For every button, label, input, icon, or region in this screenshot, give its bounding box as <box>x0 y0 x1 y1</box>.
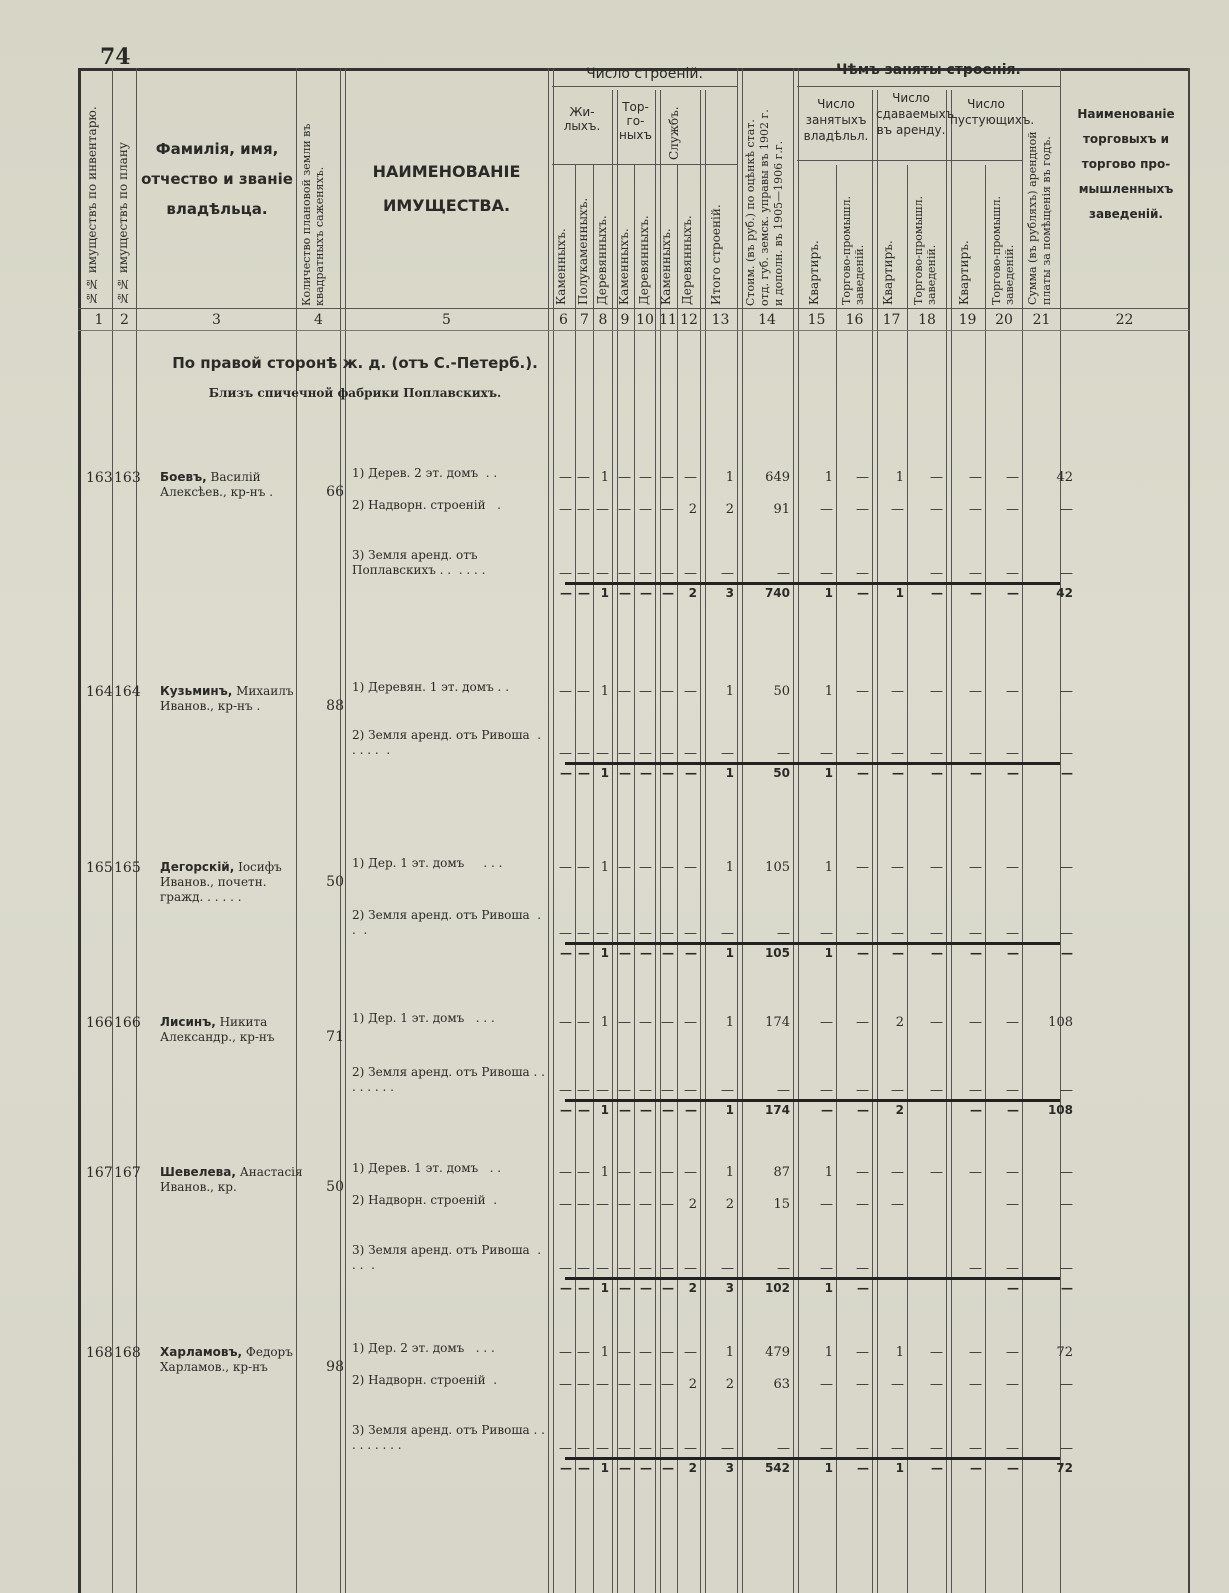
header-c9: Каменныхъ. <box>618 170 631 305</box>
value-cell: — <box>656 502 674 517</box>
left-border <box>78 68 81 1593</box>
value-cell: — <box>986 1377 1019 1392</box>
value-cell: 63 <box>738 1377 790 1392</box>
value-cell: — <box>552 1197 572 1212</box>
value-cell: — <box>908 1345 943 1360</box>
total-cell: — <box>656 586 674 600</box>
value-cell: 1 <box>701 1345 734 1360</box>
total-cell: 740 <box>738 586 790 600</box>
total-cell: 1 <box>594 1281 609 1295</box>
value-cell: — <box>837 746 869 761</box>
value-cell: — <box>873 746 904 761</box>
value-cell: — <box>594 1441 609 1456</box>
header-line: заведеній. <box>1003 245 1016 305</box>
col-rule <box>1060 68 1061 1593</box>
value-cell: — <box>794 1197 833 1212</box>
value-cell: — <box>986 1441 1019 1456</box>
total-cell: — <box>552 1103 572 1117</box>
total-cell: — <box>986 946 1019 960</box>
header-vacant: Число пустующихъ. <box>950 96 1022 128</box>
value-cell: — <box>794 1261 833 1276</box>
value-cell: — <box>738 1083 790 1098</box>
value-cell: — <box>986 502 1019 517</box>
total-cell: — <box>552 946 572 960</box>
header-c10: Деревянныхъ. <box>638 170 651 305</box>
value-cell: — <box>837 1165 869 1180</box>
value-cell: — <box>613 684 631 699</box>
column-number: 19 <box>950 312 985 328</box>
column-number: 1 <box>86 312 112 328</box>
group-rule <box>797 160 1022 161</box>
value-cell: — <box>635 1441 652 1456</box>
owner-surname: Шевелева, <box>160 1165 236 1179</box>
total-cell: — <box>576 946 590 960</box>
value-cell: — <box>678 1083 697 1098</box>
value-cell: — <box>837 1261 869 1276</box>
value-cell: — <box>576 1261 590 1276</box>
plan-number: 167 <box>114 1165 141 1181</box>
value-cell: — <box>908 746 943 761</box>
value-cell: — <box>656 926 674 941</box>
total-cell: — <box>635 1461 652 1475</box>
inventory-number: 168 <box>86 1345 113 1361</box>
value-cell: — <box>552 1083 572 1098</box>
land-area: 71 <box>318 1029 344 1045</box>
property-item: 3) Земля аренд. отъ Поплавскихъ . . . . … <box>352 548 547 578</box>
column-number: 3 <box>137 312 296 328</box>
value-cell: — <box>947 1083 982 1098</box>
total-cell: — <box>1023 946 1073 960</box>
total-cell: — <box>837 1103 869 1117</box>
total-cell: — <box>947 1103 982 1117</box>
value-cell: — <box>873 926 904 941</box>
value-cell: — <box>656 684 674 699</box>
value-cell: — <box>656 1441 674 1456</box>
value-cell: — <box>837 1377 869 1392</box>
value-cell: — <box>794 926 833 941</box>
value-cell: — <box>947 1261 982 1276</box>
value-cell: 1 <box>594 684 609 699</box>
column-number: 6 <box>552 312 575 328</box>
inventory-number: 163 <box>86 470 113 486</box>
value-cell: — <box>656 1015 674 1030</box>
column-number: 15 <box>797 312 836 328</box>
value-cell: — <box>656 566 674 581</box>
total-cell: — <box>576 1461 590 1475</box>
property-item: 2) Надворн. строеній . <box>352 1193 547 1208</box>
total-cell: 2 <box>873 1103 904 1117</box>
value-cell: — <box>678 684 697 699</box>
total-cell: — <box>576 1103 590 1117</box>
land-area: 88 <box>318 698 344 714</box>
value-cell: — <box>908 566 943 581</box>
value-cell: — <box>552 684 572 699</box>
value-cell: — <box>552 1377 572 1392</box>
value-cell: — <box>738 566 790 581</box>
value-cell: — <box>656 470 674 485</box>
value-cell: — <box>837 566 869 581</box>
value-cell: — <box>1023 566 1073 581</box>
value-cell: — <box>873 684 904 699</box>
value-cell: — <box>986 1197 1019 1212</box>
total-rule <box>565 582 1060 585</box>
value-cell: 1 <box>794 860 833 875</box>
total-cell: — <box>678 1103 697 1117</box>
value-cell: — <box>701 926 734 941</box>
total-cell: — <box>873 766 904 780</box>
value-cell: 15 <box>738 1197 790 1212</box>
total-cell: — <box>552 766 572 780</box>
total-cell: — <box>576 586 590 600</box>
value-cell: — <box>908 860 943 875</box>
header-c18: Торгово-промышл.заведеній. <box>912 165 938 305</box>
land-area: 50 <box>318 874 344 890</box>
value-cell: — <box>986 746 1019 761</box>
value-cell: — <box>794 566 833 581</box>
value-cell: — <box>908 926 943 941</box>
value-cell: — <box>635 926 652 941</box>
value-cell: — <box>576 1197 590 1212</box>
total-cell: — <box>837 766 869 780</box>
header-service: Службъ. <box>668 92 681 160</box>
inventory-number: 166 <box>86 1015 113 1031</box>
value-cell: 1 <box>594 1345 609 1360</box>
total-cell: — <box>837 946 869 960</box>
col-rule <box>737 68 743 1593</box>
total-cell: — <box>656 946 674 960</box>
header-line: Торгово-промышл. <box>912 196 925 305</box>
header-col3: Фамилія, имя, отчество и званіе владѣльц… <box>138 134 296 224</box>
value-cell: — <box>947 1345 982 1360</box>
total-cell: — <box>576 766 590 780</box>
value-cell: — <box>576 684 590 699</box>
value-cell: — <box>837 1441 869 1456</box>
property-item: 2) Земля аренд. отъ Ривоша . . . <box>352 908 547 938</box>
value-cell: — <box>837 470 869 485</box>
total-cell: 1 <box>594 946 609 960</box>
value-cell: — <box>656 1165 674 1180</box>
value-cell: — <box>678 1015 697 1030</box>
owner-name: Кузьминъ, Михаилъ Иванов., кр-нъ . <box>160 684 310 714</box>
header-line: Наименованіе <box>1064 102 1188 127</box>
ledger-page: 74 №№ имуществъ по инвентарю. №№ имущест… <box>0 0 1229 1593</box>
value-cell: — <box>635 1197 652 1212</box>
total-cell: 42 <box>1023 586 1073 600</box>
total-cell: — <box>552 1281 572 1295</box>
total-cell: — <box>635 1103 652 1117</box>
total-cell: 72 <box>1023 1461 1073 1475</box>
value-cell: — <box>947 926 982 941</box>
header-line: Торгово-промышл. <box>990 196 1003 305</box>
header-c6: Каменныхъ. <box>555 170 568 305</box>
total-cell: 174 <box>738 1103 790 1117</box>
column-number: 2 <box>113 312 136 328</box>
total-cell: 542 <box>738 1461 790 1475</box>
plan-number: 166 <box>114 1015 141 1031</box>
section-title: По правой сторонѣ ж. д. (отъ С.-Петерб.)… <box>160 354 550 372</box>
value-cell: — <box>738 1441 790 1456</box>
value-cell: — <box>656 1345 674 1360</box>
value-cell: — <box>594 1377 609 1392</box>
header-line: заведеній. <box>1064 202 1188 227</box>
plan-number: 163 <box>114 470 141 486</box>
value-cell: — <box>594 746 609 761</box>
property-item: 2) Земля аренд. отъ Ривоша . . . . . . <box>352 728 547 758</box>
total-cell: — <box>613 1103 631 1117</box>
value-cell: — <box>873 860 904 875</box>
column-number: 18 <box>908 312 946 328</box>
total-cell: — <box>947 946 982 960</box>
land-area: 66 <box>318 484 344 500</box>
value-cell: — <box>678 926 697 941</box>
header-line: ИМУЩЕСТВА. <box>345 189 548 223</box>
value-cell: 1 <box>701 860 734 875</box>
value-cell: — <box>576 566 590 581</box>
total-cell: 3 <box>701 586 734 600</box>
header-line: Сумма (въ рубляхъ) арендной <box>1026 131 1039 305</box>
value-cell: — <box>552 502 572 517</box>
property-item: 3) Земля аренд. отъ Ривоша . . . . . . .… <box>352 1423 547 1453</box>
value-cell: — <box>701 1083 734 1098</box>
value-cell: — <box>552 746 572 761</box>
value-cell: — <box>552 926 572 941</box>
value-cell: 87 <box>738 1165 790 1180</box>
land-area: 50 <box>318 1179 344 1195</box>
header-bottom-rule <box>78 308 1190 309</box>
total-cell: — <box>552 586 572 600</box>
total-cell: — <box>656 766 674 780</box>
value-cell: 91 <box>738 502 790 517</box>
column-number: 8 <box>594 312 612 328</box>
total-cell: — <box>873 946 904 960</box>
owner-surname: Харламовъ, <box>160 1345 242 1359</box>
total-cell: — <box>986 1281 1019 1295</box>
value-cell: — <box>794 1015 833 1030</box>
header-col22: Наименованіе торговыхъ и торгово про- мы… <box>1064 102 1188 227</box>
value-cell: — <box>656 1083 674 1098</box>
value-cell: — <box>873 502 904 517</box>
value-cell: 50 <box>738 684 790 699</box>
value-cell: — <box>837 1083 869 1098</box>
value-cell: 649 <box>738 470 790 485</box>
header-line: Количество плановой земли въ <box>300 124 313 306</box>
owner-surname: Кузьминъ, <box>160 684 232 698</box>
value-cell: — <box>613 1377 631 1392</box>
total-rule <box>565 942 1060 945</box>
value-cell: — <box>837 1015 869 1030</box>
value-cell: 42 <box>1023 470 1073 485</box>
value-cell: — <box>1023 1261 1073 1276</box>
value-cell: — <box>908 1377 943 1392</box>
value-cell: 1 <box>701 1165 734 1180</box>
value-cell: 2 <box>701 1377 734 1392</box>
header-line: Торгово-промышл. <box>840 196 853 305</box>
value-cell: — <box>635 1345 652 1360</box>
total-cell: 1 <box>701 946 734 960</box>
property-item: 1) Дерев. 2 эт. домъ . . <box>352 466 547 481</box>
column-number: 10 <box>635 312 655 328</box>
value-cell: — <box>986 684 1019 699</box>
value-cell: — <box>656 1377 674 1392</box>
group-rule <box>797 86 1060 87</box>
value-cell: — <box>594 566 609 581</box>
value-cell: 2 <box>678 502 697 517</box>
value-cell: — <box>552 470 572 485</box>
value-cell: — <box>635 1261 652 1276</box>
owner-name: Шевелева, Анастасія Иванов., кр. <box>160 1165 310 1195</box>
owner-name: Боевъ, Василій Алексѣев., кр-нъ . <box>160 470 310 500</box>
value-cell: 2 <box>678 1197 697 1212</box>
total-cell: — <box>635 1281 652 1295</box>
header-c21: Сумма (въ рубляхъ) аренднойплаты за помѣ… <box>1026 80 1054 305</box>
value-cell: — <box>678 1165 697 1180</box>
total-cell: 3 <box>701 1281 734 1295</box>
value-cell: — <box>1023 926 1073 941</box>
header-line: Стоим. (въ руб.) по оцѣнкѣ стат. <box>744 119 757 306</box>
value-cell: — <box>635 746 652 761</box>
total-rule <box>565 762 1060 765</box>
total-cell: — <box>1023 1281 1073 1295</box>
value-cell: — <box>701 1441 734 1456</box>
total-cell: — <box>1023 766 1073 780</box>
value-cell: — <box>656 1261 674 1276</box>
value-cell: — <box>678 746 697 761</box>
value-cell: — <box>873 1083 904 1098</box>
value-cell: — <box>576 1083 590 1098</box>
value-cell: — <box>837 926 869 941</box>
value-cell: — <box>1023 1197 1073 1212</box>
value-cell: — <box>552 566 572 581</box>
header-c14: Стоим. (въ руб.) по оцѣнкѣ стат.отд. губ… <box>744 72 786 306</box>
group-rule <box>552 164 737 165</box>
header-line: платы за помѣщенія въ годъ. <box>1040 136 1053 305</box>
value-cell: — <box>576 1377 590 1392</box>
total-cell: 1 <box>594 766 609 780</box>
value-cell: — <box>552 1015 572 1030</box>
land-area: 98 <box>318 1359 344 1375</box>
value-cell: — <box>576 502 590 517</box>
value-cell: — <box>947 1015 982 1030</box>
total-cell: — <box>986 1461 1019 1475</box>
value-cell: — <box>986 926 1019 941</box>
column-number: 5 <box>345 312 548 328</box>
total-cell: — <box>678 946 697 960</box>
value-cell: — <box>613 1197 631 1212</box>
value-cell: 1 <box>794 1165 833 1180</box>
value-cell: — <box>656 1197 674 1212</box>
value-cell: — <box>552 1345 572 1360</box>
value-cell: 1 <box>594 860 609 875</box>
value-cell: — <box>738 746 790 761</box>
value-cell: — <box>1023 1377 1073 1392</box>
column-number: 7 <box>576 312 593 328</box>
value-cell: — <box>656 746 674 761</box>
total-cell: — <box>613 1461 631 1475</box>
total-cell: — <box>552 1461 572 1475</box>
value-cell: — <box>1023 860 1073 875</box>
value-cell: — <box>576 1165 590 1180</box>
property-item: 1) Дерев. 1 эт. домъ . . <box>352 1161 547 1176</box>
plan-number: 164 <box>114 684 141 700</box>
value-cell: — <box>794 1083 833 1098</box>
total-cell: 2 <box>678 1461 697 1475</box>
value-cell: — <box>837 1345 869 1360</box>
section-subtitle: Близъ спичечной фабрики Поплавскихъ. <box>160 386 550 400</box>
header-rented: Число сдаваемыхъ въ аренду. <box>876 90 946 138</box>
column-number: 13 <box>704 312 737 328</box>
value-cell: — <box>635 1377 652 1392</box>
total-cell: — <box>837 586 869 600</box>
value-cell: — <box>947 1441 982 1456</box>
value-cell: — <box>594 926 609 941</box>
value-cell: — <box>837 502 869 517</box>
value-cell: — <box>576 470 590 485</box>
value-cell: — <box>635 1015 652 1030</box>
value-cell: 1 <box>794 1345 833 1360</box>
value-cell: 1 <box>873 470 904 485</box>
total-cell: 1 <box>594 586 609 600</box>
value-cell: 1 <box>701 684 734 699</box>
header-occupied-group: Чѣмъ заняты строенія. <box>797 62 1060 78</box>
value-cell: — <box>552 1165 572 1180</box>
value-cell: — <box>594 1261 609 1276</box>
header-commercial: Тор-го-ныхъ <box>616 100 655 142</box>
value-cell: — <box>613 746 631 761</box>
value-cell: — <box>594 502 609 517</box>
owner-surname: Боевъ, <box>160 470 207 484</box>
value-cell: 1 <box>594 1015 609 1030</box>
total-cell: — <box>947 766 982 780</box>
property-item: 3) Земля аренд. отъ Ривоша . . . . <box>352 1243 547 1273</box>
inventory-number: 167 <box>86 1165 113 1181</box>
total-cell: — <box>908 766 943 780</box>
value-cell: — <box>738 1261 790 1276</box>
total-cell: 108 <box>1023 1103 1073 1117</box>
header-line: заведеній. <box>853 245 866 305</box>
header-line: НАИМЕНОВАНІЕ <box>345 155 548 189</box>
value-cell: 105 <box>738 860 790 875</box>
header-residential: Жи-лыхъ. <box>552 105 612 133</box>
value-cell: — <box>908 1083 943 1098</box>
column-numbers-row: 1 2 3 4 5 6 7 8 9 10 11 12 13 14 15 16 1… <box>0 312 1229 330</box>
value-cell: — <box>635 860 652 875</box>
value-cell: — <box>613 1345 631 1360</box>
value-cell: — <box>576 1441 590 1456</box>
total-cell: 105 <box>738 946 790 960</box>
inventory-number: 165 <box>86 860 113 876</box>
value-cell: — <box>576 746 590 761</box>
total-cell: — <box>908 946 943 960</box>
column-number: 22 <box>1061 312 1188 328</box>
column-number: 20 <box>986 312 1022 328</box>
value-cell: — <box>986 470 1019 485</box>
total-cell: — <box>986 1103 1019 1117</box>
value-cell: — <box>701 1261 734 1276</box>
value-cell: — <box>1023 1083 1073 1098</box>
value-cell: — <box>837 1197 869 1212</box>
property-item: 2) Земля аренд. отъ Ривоша . . . . . . .… <box>352 1065 547 1095</box>
total-cell: 50 <box>738 766 790 780</box>
header-c11: Каменныхъ. <box>660 170 673 305</box>
value-cell: — <box>873 1441 904 1456</box>
total-cell: 1 <box>794 1461 833 1475</box>
value-cell: 72 <box>1023 1345 1073 1360</box>
column-number: 17 <box>876 312 907 328</box>
value-cell: — <box>552 860 572 875</box>
value-cell: 1 <box>594 470 609 485</box>
value-cell: — <box>794 502 833 517</box>
total-rule <box>565 1457 1060 1460</box>
